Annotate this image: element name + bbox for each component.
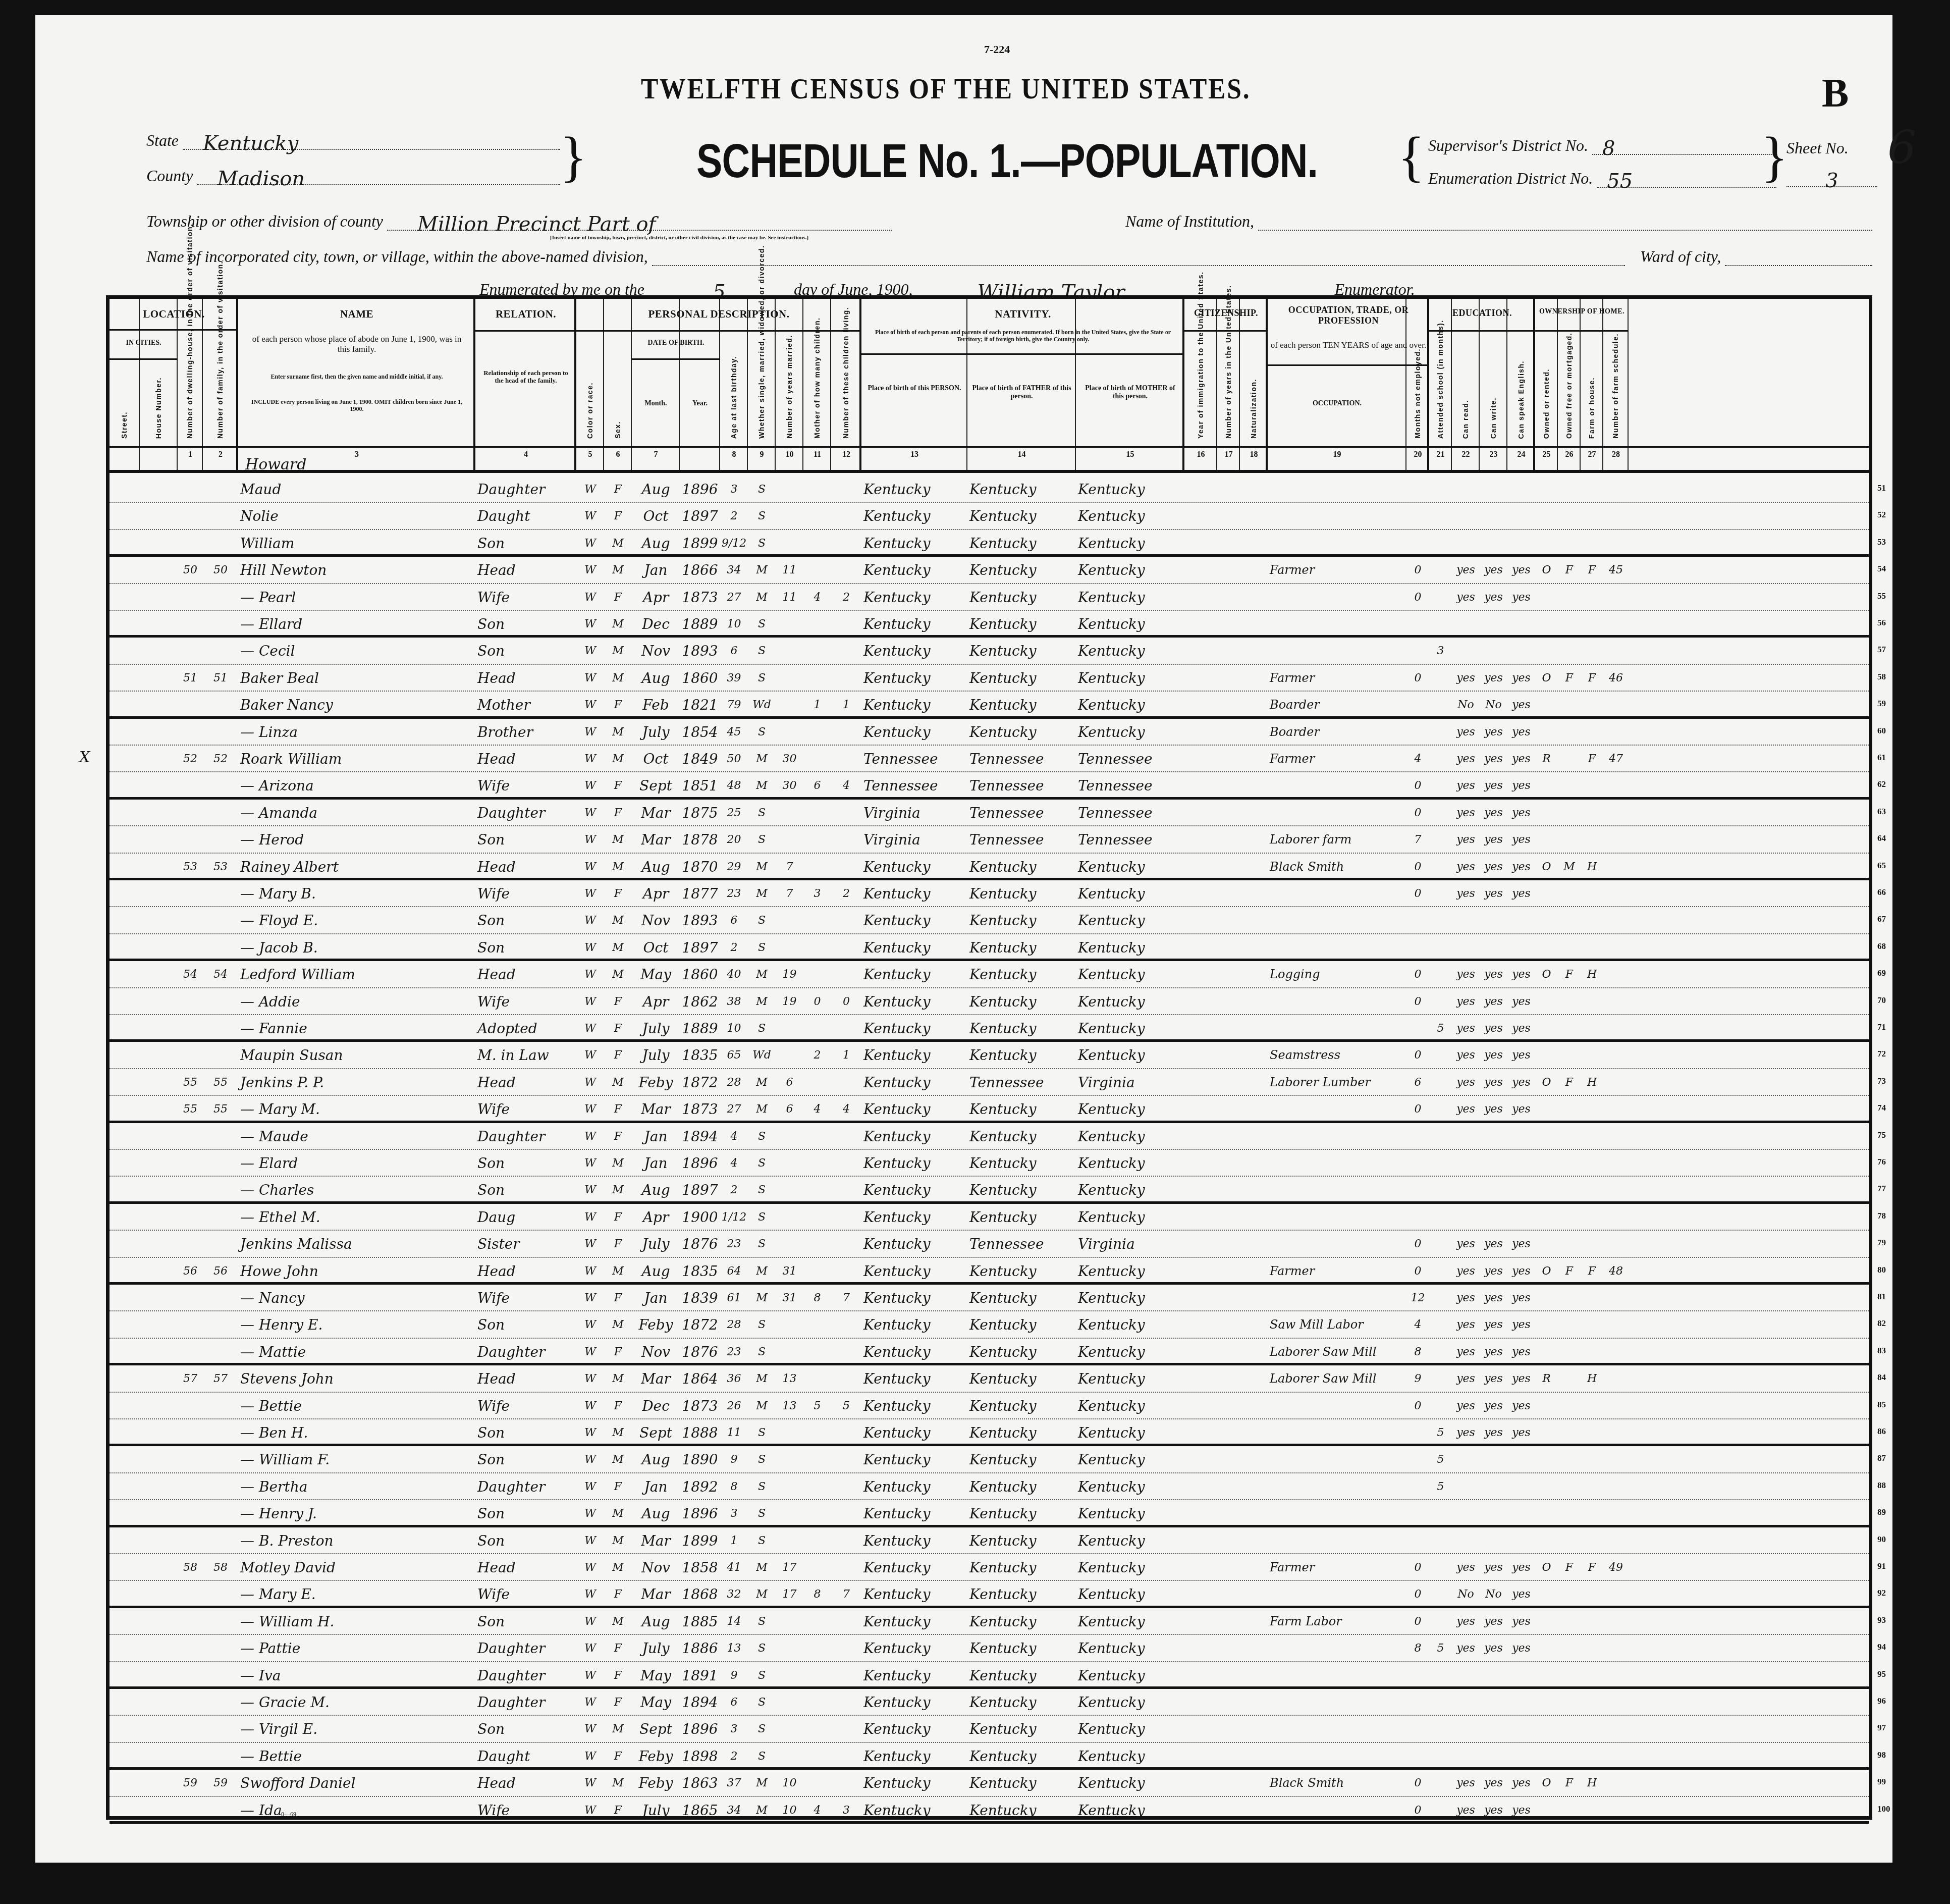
cell-months-unemp (1406, 1150, 1429, 1176)
cell-occupation: Farmer (1268, 746, 1406, 771)
cell-schedule (1603, 880, 1629, 906)
cell-yrs-married: 17 (776, 1554, 803, 1580)
cell-age: 25 (720, 800, 748, 825)
cell-write: yes (1480, 1635, 1507, 1661)
table-row: — FannieAdoptedWFJuly188910SKentuckyKent… (110, 1015, 1869, 1042)
cell-birth-person: Kentucky (861, 1069, 967, 1095)
cell-birth-father: Tennessee (967, 746, 1076, 771)
cell-birth-person: Kentucky (861, 1797, 967, 1821)
cell-yrs-married (776, 826, 803, 852)
cell-schedule (1603, 1770, 1629, 1795)
cell-birth-father: Kentucky (967, 880, 1076, 906)
column-number: 7 (632, 450, 680, 459)
cell-color: W (576, 1689, 604, 1715)
cell-sex: M (604, 719, 632, 745)
cell-age: 3 (720, 1716, 748, 1741)
cell-color: W (576, 1554, 604, 1580)
cell-school: 5 (1429, 1473, 1452, 1499)
cell-english (1507, 611, 1535, 635)
cell-birth-person: Kentucky (861, 692, 967, 716)
line-number: 100 (1877, 1804, 1890, 1814)
cell-english: yes (1507, 1231, 1535, 1256)
cell-marital: Wd (748, 692, 776, 716)
cell-name: Stevens John (238, 1365, 475, 1391)
line-number: 71 (1877, 1022, 1886, 1032)
cell-english: yes (1507, 1635, 1535, 1661)
cell-age: 65 (720, 1042, 748, 1068)
cell-year: 1885 (680, 1608, 720, 1634)
cell-birth-mother: Kentucky (1076, 1258, 1184, 1282)
table-row: — Ben H.SonWMSept188811SKentuckyKentucky… (110, 1419, 1869, 1446)
column-number: 10 (776, 450, 803, 459)
cell-birth-mother: Kentucky (1076, 1339, 1184, 1363)
cell-farm (1581, 1662, 1603, 1686)
cell-dwelling (178, 1042, 203, 1068)
line-number: 99 (1877, 1777, 1886, 1787)
cell-living (831, 1770, 861, 1795)
column-number: 11 (803, 450, 831, 459)
cell-school (1429, 1258, 1452, 1282)
cell-schedule (1603, 854, 1629, 878)
cell-age: 79 (720, 692, 748, 716)
column-label: Naturalization. (1250, 379, 1258, 439)
cell-schedule (1603, 961, 1629, 987)
cell-write: No (1480, 1581, 1507, 1605)
column-label: Number of dwelling-house, in the order o… (186, 333, 194, 439)
cell-color: W (576, 1231, 604, 1256)
township-field: Township or other division of county Mil… (146, 212, 1156, 231)
line-number: 74 (1877, 1103, 1886, 1113)
cell-english: yes (1507, 988, 1535, 1014)
ward-value (1725, 248, 1872, 266)
cell-months-unemp (1406, 530, 1429, 554)
cell-mother-of: 1 (803, 692, 831, 716)
cell-months-unemp: 0 (1406, 1258, 1429, 1282)
cell-year: 1851 (680, 772, 720, 797)
cell-english: yes (1507, 1042, 1535, 1068)
cell-free (1558, 1311, 1581, 1337)
county-value: Madison (197, 167, 560, 185)
cell-free (1558, 1581, 1581, 1605)
cell-color: W (576, 584, 604, 610)
cell-dwelling (178, 638, 203, 663)
cell-name: Hill Newton (238, 557, 475, 583)
column-number: 15 (1076, 450, 1184, 459)
cell-age: 36 (720, 1365, 748, 1391)
cell-english: yes (1507, 1608, 1535, 1634)
cell-marital: S (748, 1231, 776, 1256)
cell-farm (1581, 692, 1603, 716)
cell-color: W (576, 692, 604, 716)
cell-age: 48 (720, 772, 748, 797)
cell-relation: Wife (475, 1285, 576, 1310)
cell-owned: O (1535, 854, 1558, 878)
cell-mother-of (803, 1123, 831, 1149)
cell-name: — Floyd E. (238, 907, 475, 933)
cell-living (831, 476, 861, 502)
cell-family (203, 907, 238, 933)
cell-yrs-married (776, 1339, 803, 1363)
cell-read: yes (1452, 665, 1480, 691)
cell-month: Apr (632, 880, 680, 906)
cell-living (831, 665, 861, 691)
cell-marital: S (748, 1527, 776, 1553)
cell-birth-person: Kentucky (861, 1204, 967, 1230)
cell-marital: S (748, 1311, 776, 1337)
cell-living (831, 1527, 861, 1553)
cell-english: yes (1507, 1581, 1535, 1605)
cell-relation: Son (475, 1311, 576, 1337)
cell-month: Sept (632, 1419, 680, 1444)
cell-living (831, 1554, 861, 1580)
cell-living (831, 1015, 861, 1039)
cell-birth-mother: Virginia (1076, 1069, 1184, 1095)
cell-read: yes (1452, 746, 1480, 771)
cell-month: Aug (632, 530, 680, 554)
cell-name: Rainey Albert (238, 854, 475, 878)
cell-write: yes (1480, 665, 1507, 691)
cell-birth-person: Kentucky (861, 961, 967, 987)
cell-age: 10 (720, 611, 748, 635)
cell-school (1429, 1365, 1452, 1391)
cell-birth-father: Kentucky (967, 854, 1076, 878)
cell-school: 5 (1429, 1446, 1452, 1472)
line-number: 88 (1877, 1480, 1886, 1491)
cell-month: Dec (632, 611, 680, 635)
cell-birth-mother: Tennessee (1076, 746, 1184, 771)
cell-dwelling: 55 (178, 1096, 203, 1120)
cell-birth-person: Kentucky (861, 1258, 967, 1282)
cell-relation: Sister (475, 1231, 576, 1256)
cell-sex: M (604, 961, 632, 987)
cell-write: yes (1480, 1285, 1507, 1310)
cell-sex: F (604, 1797, 632, 1821)
cell-months-unemp: 9 (1406, 1365, 1429, 1391)
cell-year: 1864 (680, 1365, 720, 1391)
cell-owned (1535, 1419, 1558, 1444)
cell-birth-mother: Kentucky (1076, 880, 1184, 906)
cell-dwelling: 57 (178, 1365, 203, 1391)
cell-free (1558, 1231, 1581, 1256)
cell-schedule (1603, 1473, 1629, 1499)
column-number: 24 (1507, 450, 1535, 459)
cell-farm (1581, 719, 1603, 745)
cell-english (1507, 934, 1535, 959)
cell-mother-of (803, 476, 831, 502)
cell-write: yes (1480, 584, 1507, 610)
cell-english: yes (1507, 719, 1535, 745)
cell-sex: M (604, 1311, 632, 1337)
cell-english: yes (1507, 1096, 1535, 1120)
cell-school (1429, 1527, 1452, 1553)
cell-yrs-married (776, 1231, 803, 1256)
column-number: 12 (831, 450, 861, 459)
cell-schedule (1603, 1311, 1629, 1337)
cell-english (1507, 1716, 1535, 1741)
cell-month: July (632, 1042, 680, 1068)
cell-read (1452, 1446, 1480, 1472)
cell-schedule (1603, 1123, 1629, 1149)
cell-schedule: 49 (1603, 1554, 1629, 1580)
cell-birth-mother: Kentucky (1076, 1500, 1184, 1524)
cell-school: 5 (1429, 1015, 1452, 1039)
cell-free (1558, 1500, 1581, 1524)
cell-owned (1535, 692, 1558, 716)
cell-year: 1873 (680, 1393, 720, 1418)
cell-birth-father: Kentucky (967, 1770, 1076, 1795)
cell-year: 1896 (680, 1150, 720, 1176)
cell-months-unemp (1406, 476, 1429, 502)
cell-family (203, 1015, 238, 1039)
cell-school (1429, 1311, 1452, 1337)
cell-name: — Virgil E. (238, 1716, 475, 1741)
cell-year: 1821 (680, 692, 720, 716)
cell-name: Nolie (238, 503, 475, 528)
cell-yrs-married: 10 (776, 1770, 803, 1795)
line-number: 75 (1877, 1130, 1886, 1140)
cell-sex: F (604, 584, 632, 610)
cell-marital: S (748, 1204, 776, 1230)
cell-name: — Fannie (238, 1015, 475, 1039)
cell-free (1558, 1042, 1581, 1068)
cell-english (1507, 1150, 1535, 1176)
cell-dwelling: 51 (178, 665, 203, 691)
cell-age: 61 (720, 1285, 748, 1310)
cell-schedule (1603, 1231, 1629, 1256)
cell-occupation (1268, 1150, 1406, 1176)
group-occupation: OCCUPATION, TRADE, OR PROFESSION (1268, 305, 1429, 326)
margin-mark: X (79, 749, 90, 766)
cell-dwelling (178, 1635, 203, 1661)
cell-owned (1535, 934, 1558, 959)
cell-dwelling (178, 1150, 203, 1176)
cell-mother-of (803, 1716, 831, 1741)
sheet-label: Sheet No. (1786, 139, 1849, 157)
cell-yrs-married (776, 1716, 803, 1741)
col-month (632, 299, 680, 470)
cell-schedule (1603, 1689, 1629, 1715)
cell-school (1429, 1339, 1452, 1363)
cell-color: W (576, 961, 604, 987)
cell-farm (1581, 1393, 1603, 1418)
table-row: — William F.SonWMAug18909SKentuckyKentuc… (110, 1446, 1869, 1473)
cell-yrs-married: 13 (776, 1365, 803, 1391)
cell-read (1452, 638, 1480, 663)
brace-left: { (1398, 129, 1425, 184)
table-row: 5252Roark WilliamHeadWMOct184950M30Tenne… (110, 746, 1869, 772)
cell-free (1558, 1527, 1581, 1553)
cell-family (203, 1473, 238, 1499)
cell-birth-mother: Kentucky (1076, 1473, 1184, 1499)
cell-mother-of (803, 1150, 831, 1176)
cell-yrs-married (776, 1743, 803, 1767)
cell-name: — Ellard (238, 611, 475, 635)
cell-mother-of (803, 907, 831, 933)
cell-family: 56 (203, 1258, 238, 1282)
cell-relation: Wife (475, 1581, 576, 1605)
cell-living: 4 (831, 772, 861, 797)
cell-color: W (576, 1204, 604, 1230)
cell-birth-father: Kentucky (967, 1339, 1076, 1363)
cell-name: — Elard (238, 1150, 475, 1176)
cell-mother-of (803, 557, 831, 583)
cell-month: Sept (632, 1716, 680, 1741)
cell-birth-father: Kentucky (967, 1527, 1076, 1553)
cell-occupation (1268, 907, 1406, 933)
cell-family (203, 772, 238, 797)
cell-family (203, 638, 238, 663)
cell-read: yes (1452, 854, 1480, 878)
cell-read: yes (1452, 1096, 1480, 1120)
cell-birth-person: Kentucky (861, 1770, 967, 1795)
cell-sex: F (604, 1015, 632, 1039)
cell-month: Jan (632, 1473, 680, 1499)
cell-birth-person: Kentucky (861, 719, 967, 745)
line-number: 81 (1877, 1292, 1886, 1302)
cell-schedule (1603, 1015, 1629, 1039)
cell-months-unemp (1406, 907, 1429, 933)
line-number: 61 (1877, 753, 1886, 763)
cell-birth-person: Kentucky (861, 1123, 967, 1149)
col-can-write (1480, 299, 1507, 470)
cell-farm: H (1581, 1069, 1603, 1095)
cell-read (1452, 907, 1480, 933)
cell-age: 64 (720, 1258, 748, 1282)
cell-dwelling (178, 907, 203, 933)
cell-name: Howe John (238, 1258, 475, 1282)
cell-birth-father: Kentucky (967, 1500, 1076, 1524)
cell-relation: Daug (475, 1204, 576, 1230)
cell-year: 1897 (680, 503, 720, 528)
cell-schedule: 48 (1603, 1258, 1629, 1282)
cell-months-unemp: 0 (1406, 557, 1429, 583)
cell-month: Aug (632, 1177, 680, 1201)
table-row: — EllardSonWMDec188910SKentuckyKentuckyK… (110, 611, 1869, 638)
cell-color: W (576, 800, 604, 825)
cell-write: yes (1480, 1608, 1507, 1634)
cell-living (831, 1339, 861, 1363)
form-number: 7-224 (984, 43, 1010, 56)
cell-free (1558, 880, 1581, 906)
cell-relation: Daughter (475, 1123, 576, 1149)
cell-sex: M (604, 1258, 632, 1282)
cell-occupation (1268, 1635, 1406, 1661)
cell-sex: M (604, 1177, 632, 1201)
column-label: Owned free or mortgaged. (1565, 333, 1573, 439)
cell-english: yes (1507, 1339, 1535, 1363)
cell-write: yes (1480, 1770, 1507, 1795)
cell-color: W (576, 1581, 604, 1605)
line-number: 76 (1877, 1157, 1886, 1167)
cell-schedule (1603, 476, 1629, 502)
cell-age: 4 (720, 1150, 748, 1176)
cell-sex: M (604, 746, 632, 771)
column-label: Number of farm schedule. (1611, 333, 1619, 439)
line-number: 84 (1877, 1372, 1886, 1383)
cell-owned (1535, 1096, 1558, 1120)
cell-free: F (1558, 961, 1581, 987)
cell-dwelling (178, 719, 203, 745)
cell-write (1480, 503, 1507, 528)
cell-owned: O (1535, 557, 1558, 583)
cell-color: W (576, 1339, 604, 1363)
cell-mother-of: 5 (803, 1393, 831, 1418)
cell-birth-father: Tennessee (967, 800, 1076, 825)
cell-school (1429, 692, 1452, 716)
cell-birth-mother: Kentucky (1076, 1635, 1184, 1661)
cell-relation: Mother (475, 692, 576, 716)
cell-owned: O (1535, 665, 1558, 691)
cell-dwelling (178, 1393, 203, 1418)
column-label: Can speak English. (1517, 360, 1525, 439)
cell-english: yes (1507, 1311, 1535, 1337)
cell-yrs-married (776, 503, 803, 528)
cell-months-unemp (1406, 692, 1429, 716)
cell-relation: Daughter (475, 800, 576, 825)
county-field: County Madison (146, 167, 560, 185)
rule (1535, 330, 1629, 332)
cell-birth-father: Kentucky (967, 530, 1076, 554)
cell-months-unemp: 0 (1406, 1608, 1429, 1634)
cell-color: W (576, 1527, 604, 1553)
cell-mother-of: 6 (803, 772, 831, 797)
cell-relation: Son (475, 934, 576, 959)
cell-schedule (1603, 1204, 1629, 1230)
cell-schedule (1603, 1393, 1629, 1418)
cell-owned (1535, 1689, 1558, 1715)
cell-farm (1581, 988, 1603, 1014)
column-label: Year. (683, 400, 717, 408)
cell-free (1558, 746, 1581, 771)
cell-marital: S (748, 665, 776, 691)
column-label: Mother of how many children. (813, 333, 821, 439)
cell-sex: M (604, 1608, 632, 1634)
group-education: EDUCATION. (1429, 308, 1535, 319)
cell-yrs-married (776, 1689, 803, 1715)
cell-birth-mother: Kentucky (1076, 907, 1184, 933)
cell-write (1480, 1500, 1507, 1524)
cell-occupation: Laborer farm (1268, 826, 1406, 852)
cell-occupation (1268, 1473, 1406, 1499)
table-row: NolieDaughtWFOct18972SKentuckyKentuckyKe… (110, 503, 1869, 530)
cell-birth-person: Kentucky (861, 665, 967, 691)
cell-farm (1581, 826, 1603, 852)
cell-farm (1581, 1096, 1603, 1120)
cell-dwelling (178, 1473, 203, 1499)
line-number: 87 (1877, 1453, 1886, 1463)
cell-month: Oct (632, 746, 680, 771)
table-row: — AmandaDaughterWFMar187525SVirginiaTenn… (110, 800, 1869, 826)
cell-school (1429, 1393, 1452, 1418)
cell-write: yes (1480, 1231, 1507, 1256)
cell-write (1480, 1123, 1507, 1149)
cell-occupation (1268, 1500, 1406, 1524)
cell-farm (1581, 1123, 1603, 1149)
overflow-name: Howard (243, 455, 306, 475)
column-label: Owned or rented. (1542, 368, 1550, 439)
cell-year: 1896 (680, 1500, 720, 1524)
cell-dwelling (178, 800, 203, 825)
cell-farm (1581, 1231, 1603, 1256)
cell-birth-father: Kentucky (967, 1042, 1076, 1068)
cell-month: Aug (632, 665, 680, 691)
cell-age: 3 (720, 476, 748, 502)
cell-birth-person: Kentucky (861, 1662, 967, 1686)
cell-dwelling (178, 1716, 203, 1741)
cell-living (831, 1419, 861, 1444)
cell-name: — Iva (238, 1662, 475, 1686)
cell-name: — Mary E. (238, 1581, 475, 1605)
